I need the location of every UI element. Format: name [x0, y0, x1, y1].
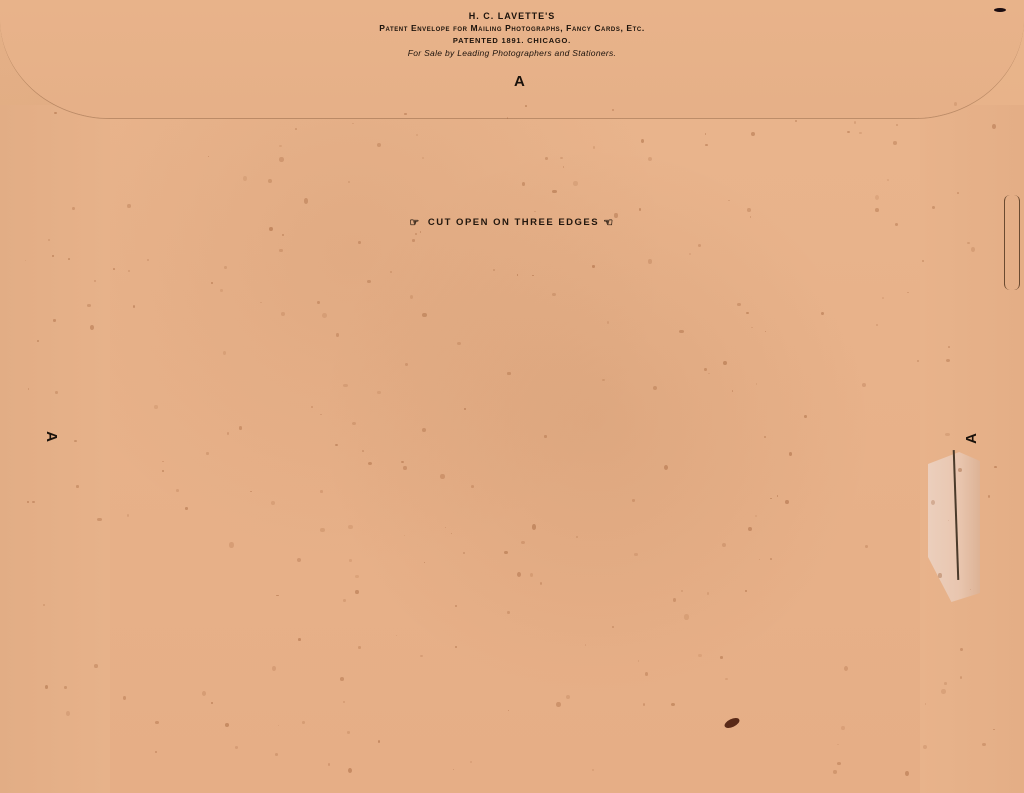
pointing-hand-right-icon: ☞ — [409, 216, 420, 229]
flap-mark-left: A — [43, 431, 60, 442]
maker-name: H. C. LAVETTE'S — [0, 10, 1024, 22]
left-side-flap — [0, 105, 111, 793]
envelope-back: H. C. LAVETTE'S Patent Envelope for Mail… — [0, 0, 1024, 793]
patent-line: PATENTED 1891. CHICAGO. — [0, 35, 1024, 47]
product-description: Patent Envelope for Mailing Photographs,… — [0, 22, 1024, 35]
edge-tear — [1004, 195, 1020, 290]
sale-line: For Sale by Leading Photographers and St… — [0, 47, 1024, 60]
ink-dash-mark — [994, 8, 1006, 12]
pointing-hand-left-icon: ☜ — [603, 216, 614, 229]
flap-mark-right: A — [963, 433, 980, 444]
flap-mark-top: A — [514, 73, 525, 90]
cut-instruction: ☞ CUT OPEN ON THREE EDGES ☜ — [0, 216, 1024, 229]
printed-header: H. C. LAVETTE'S Patent Envelope for Mail… — [0, 10, 1024, 60]
cut-instruction-text: CUT OPEN ON THREE EDGES — [428, 217, 599, 228]
